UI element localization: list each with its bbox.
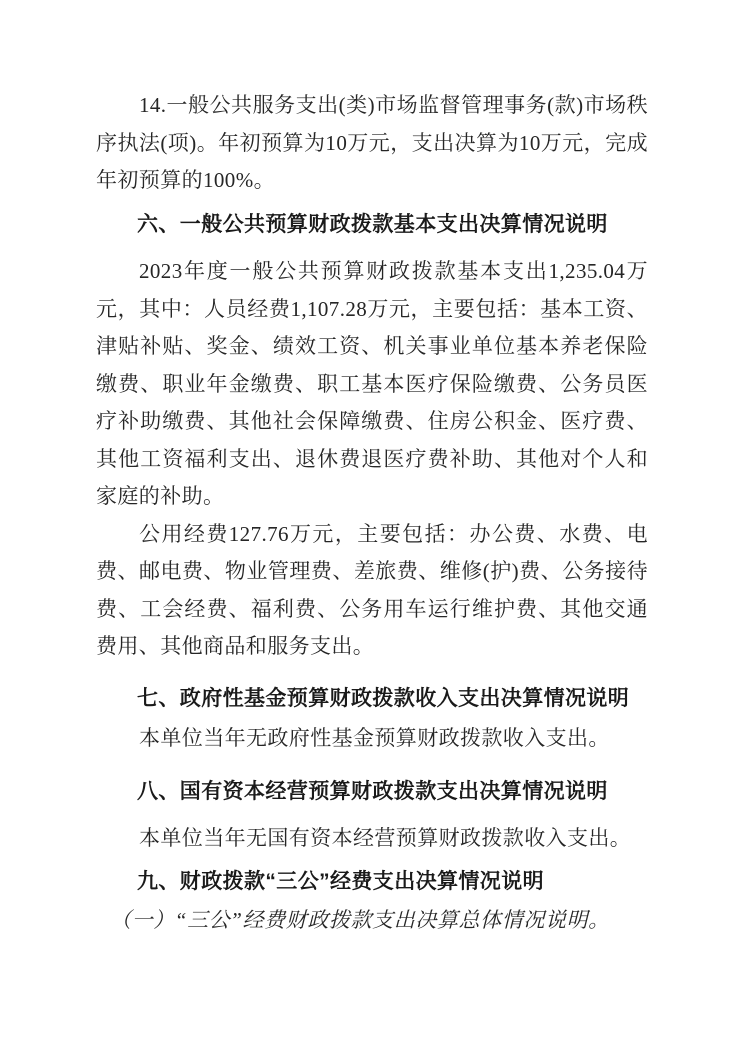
section-heading-9-three-public-expenses: 九、财政拨款“三公”经费支出决算情况说明 xyxy=(96,863,648,901)
section-heading-8-state-capital: 八、国有资本经营预算财政拨款支出决算情况说明 xyxy=(96,773,648,811)
paragraph-item-14: 14.一般公共服务支出(类)市场监督管理事务(款)市场秩序执法(项)。年初预算为… xyxy=(96,87,648,200)
paragraph-three-public-overview: （一）“三公”经费财政拨款支出决算总体情况说明。 xyxy=(96,902,648,940)
paragraph-no-state-capital: 本单位当年无国有资本经营预算财政拨款收入支出。 xyxy=(96,820,648,858)
paragraph-no-government-fund: 本单位当年无政府性基金预算财政拨款收入支出。 xyxy=(96,720,648,758)
section-heading-6-basic-expenditure: 六、一般公共预算财政拨款基本支出决算情况说明 xyxy=(96,206,648,244)
section-heading-7-government-fund: 七、政府性基金预算财政拨款收入支出决算情况说明 xyxy=(96,680,648,718)
document-page: 14.一般公共服务支出(类)市场监督管理事务(款)市场秩序执法(项)。年初预算为… xyxy=(0,0,744,1052)
paragraph-public-funds: 公用经费127.76万元，主要包括：办公费、水费、电费、邮电费、物业管理费、差旅… xyxy=(96,516,648,666)
paragraph-basic-expenditure-personnel: 2023年度一般公共预算财政拨款基本支出1,235.04万元，其中：人员经费1,… xyxy=(96,253,648,516)
